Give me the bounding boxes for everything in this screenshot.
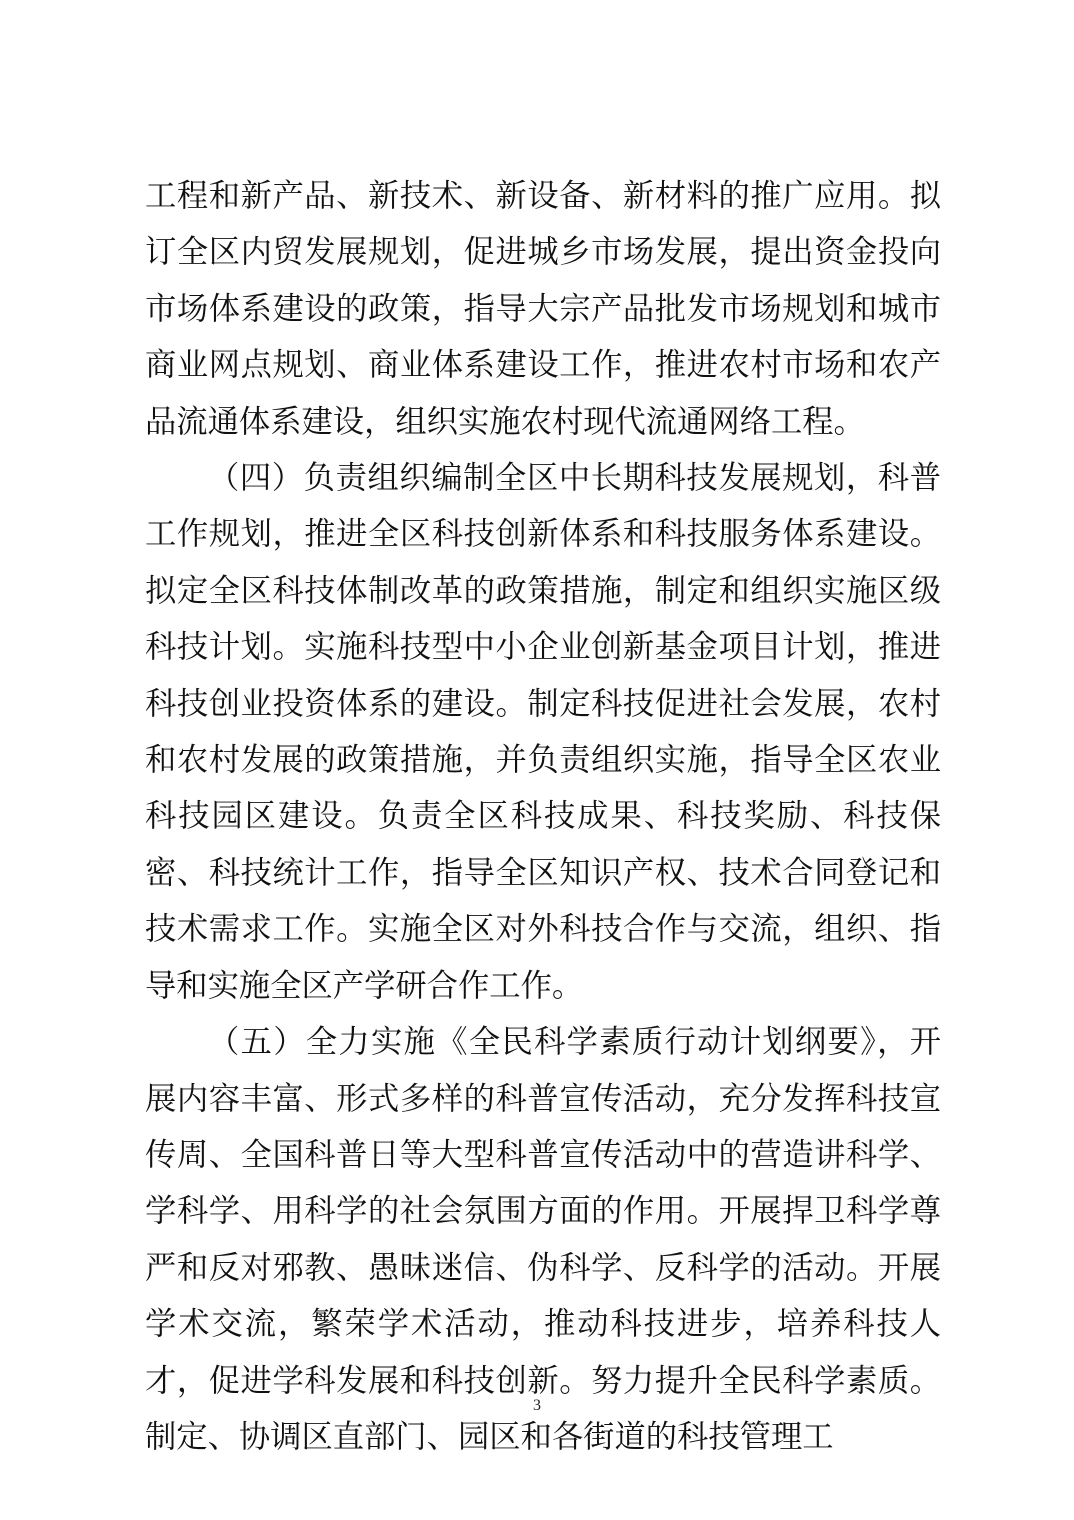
page-number: 3 [0,1397,1074,1415]
paragraph-section-4: （四）负责组织编制全区中长期科技发展规划，科普工作规划，推进全区科技创新体系和科… [145,450,941,1014]
body-text: 工程和新产品、新技术、新设备、新材料的推广应用。拟订全区内贸发展规划，促进城乡市… [145,168,941,1465]
paragraph-continuation: 工程和新产品、新技术、新设备、新材料的推广应用。拟订全区内贸发展规划，促进城乡市… [145,168,941,450]
document-page: 工程和新产品、新技术、新设备、新材料的推广应用。拟订全区内贸发展规划，促进城乡市… [0,0,1074,1520]
